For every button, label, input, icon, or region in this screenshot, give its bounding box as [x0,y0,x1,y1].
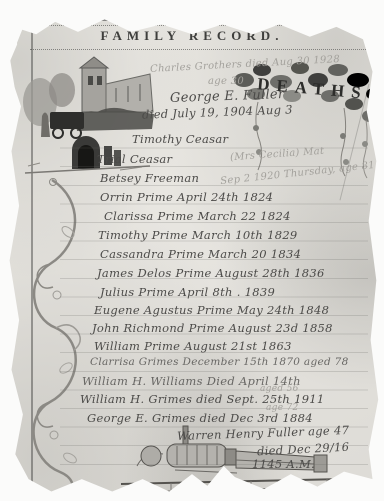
record-entry: James Delos Prime August 28th 1836 [97,266,325,280]
scanned-page-background: FAMILY RECORD. [0,0,384,501]
record-entry: Timothy Ceasar [132,132,228,146]
record-entry: George E. Grimes died Dec 3rd 1884 [87,411,313,425]
record-entry: Clarissa Prime March 22 1824 [104,209,291,223]
record-entry: Julius Prime April 8th . 1839 [100,285,275,299]
printed-top-border [28,18,372,21]
family-record-page: FAMILY RECORD. [2,2,382,499]
page-title: FAMILY RECORD. [2,28,382,44]
pencil-note: aged 56 [260,384,299,394]
record-entry: John Richmond Prime August 23d 1858 [92,321,333,335]
record-entry: Betsey Freeman [100,171,199,185]
record-entry: Trial Ceasar [97,152,172,166]
pencil-note: age 72 [266,403,299,413]
record-entry: 1145 A.M. [252,457,315,471]
pencil-entry: age 30 [208,76,244,87]
record-entry: Timothy Prime March 10th 1829 [98,228,298,242]
record-entry: Orrin Prime April 24th 1824 [100,190,273,204]
record-entry: Clarrisa Grimes December 15th 1870 aged … [90,356,349,368]
record-entry: Cassandra Prime March 20 1834 [100,247,301,261]
record-entry: William Prime August 21st 1863 [94,339,292,353]
record-entry: Eugene Agustus Prime May 24th 1848 [94,303,329,317]
printed-dotted-line-top [30,25,370,26]
